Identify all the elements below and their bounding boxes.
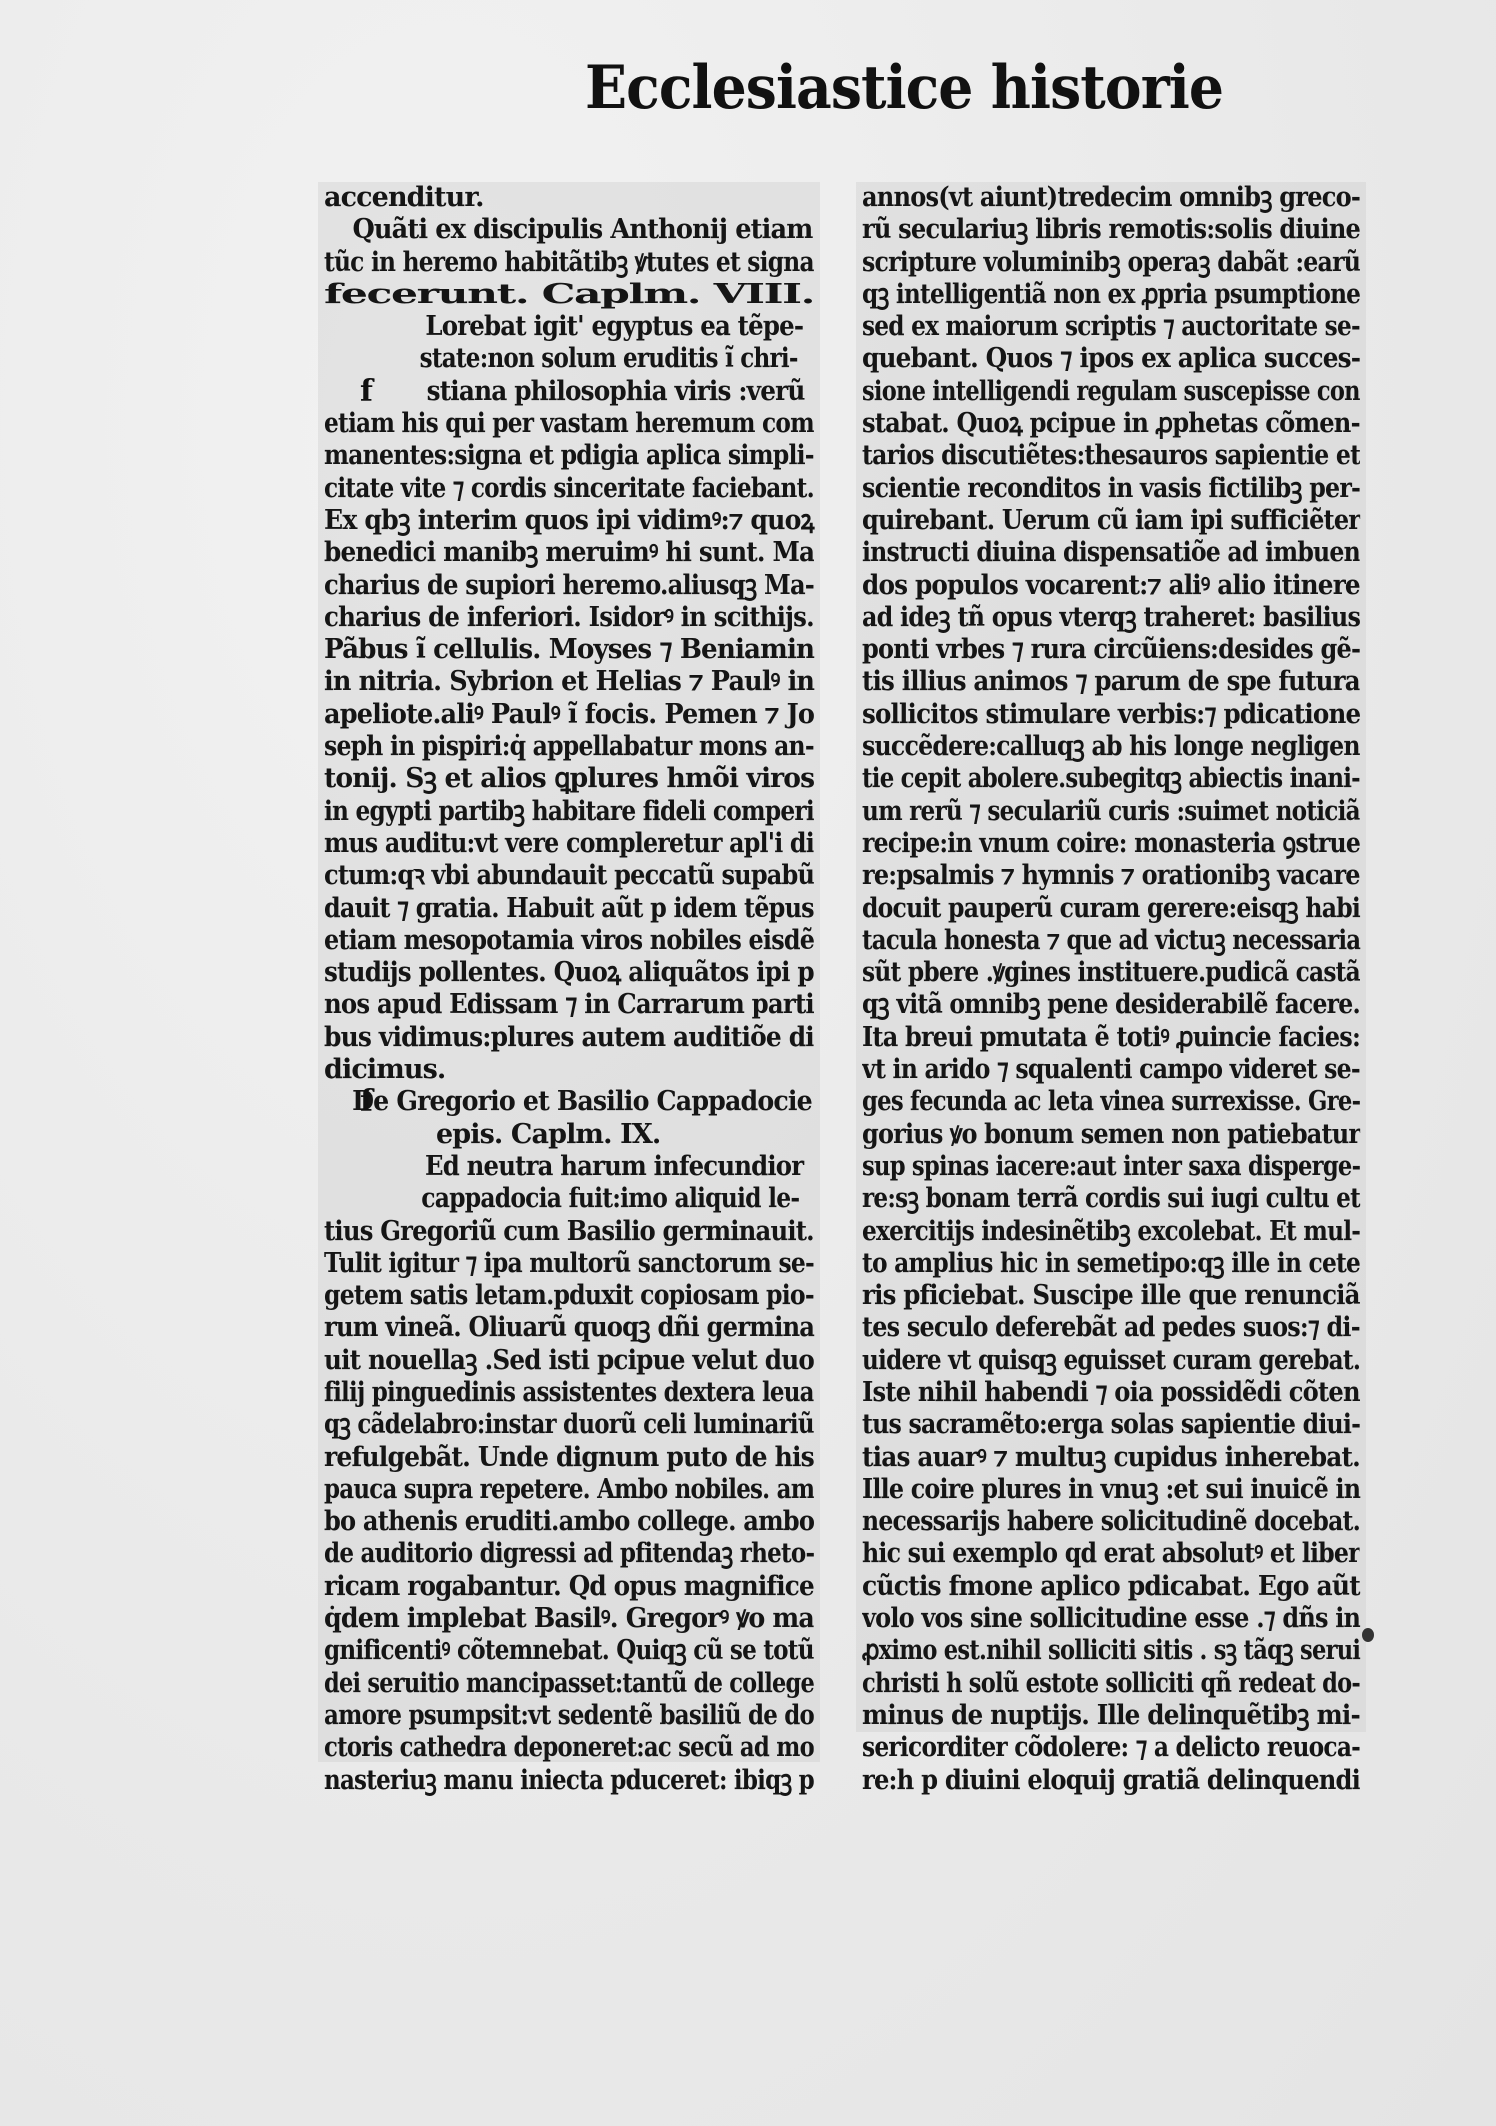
text-line: dei seruitio mancipasset:tantũ de colleg… xyxy=(324,1668,814,1700)
text-line: cũctis fmone aplico pdicabat. Ego aũt xyxy=(862,1571,1360,1603)
text-line: re:h p diuini eloquij gratiã delinquendi xyxy=(862,1765,1360,1797)
text-line: Ed neutra harum infecundior xyxy=(324,1151,904,1183)
text-line: Ex qbꝫ interim quos ipi vidimꝰ:⁊ quoꝝ xyxy=(324,505,814,537)
text-line: scripture voluminibꝫ operaꝫ dabãt :earũ xyxy=(862,247,1360,279)
text-line: qꝫ vitã omnibꝫ pene desiderabilẽ facere. xyxy=(862,989,1360,1021)
text-line: apeliote.aliꝰ Paulꝰ ĩ focis. Pemen ⁊ Jo xyxy=(324,699,814,731)
text-line: rũ seculariuꝫ libris remotis:solis diuin… xyxy=(862,214,1360,246)
text-line: stabat. Quoꝝ pcipue in ꝓphetas cõmen- xyxy=(862,408,1360,440)
text-line: sũt pbere .ꝟgines instituere.pudicã cast… xyxy=(862,957,1360,989)
text-line: ponti vrbes ⁊ rura circũiens:desides gẽ- xyxy=(862,634,1360,666)
text-line: nos apud Edissam ⁊ in Carrarum parti xyxy=(324,989,814,1021)
text-line: exercitijs indesinẽtibꝫ excolebat. Et mu… xyxy=(862,1216,1360,1248)
text-line: tias auarꝰ ⁊ multuꝫ cupidus inherebat. xyxy=(862,1442,1360,1474)
text-line: minus de nuptijs. Ille delinquẽtibꝫ mi- xyxy=(862,1700,1360,1732)
text-line: ctoris cathedra deponeret:ac secũ ad mo xyxy=(324,1732,814,1764)
text-line: tius Gregoriũ cum Basilio germinauit. xyxy=(324,1216,814,1248)
text-line: accenditur. xyxy=(324,182,814,214)
text-line: rum vineã. Oliuarũ quoqꝫ dñi germina xyxy=(324,1312,814,1344)
text-line: hic sui exemplo qd erat absolutꝰ et libe… xyxy=(862,1538,1360,1570)
text-line: mus auditu:vt vere compleretur apl'i di xyxy=(324,828,814,860)
text-line: De Gregorio et Basilio Cappadocie xyxy=(324,1086,840,1118)
text-line: filij pinguedinis assistentes dextera le… xyxy=(324,1377,814,1409)
text-line: studijs pollentes. Quoꝝ aliquãtos ipi p xyxy=(324,957,814,989)
text-line: ꝓximo est.nihil solliciti sitis . sꝫ tãq… xyxy=(862,1635,1360,1667)
text-line: annos(vt aiunt)tredecim omnibꝫ greco- xyxy=(862,182,1360,214)
text-line: charius de supiori heremo.aliusqꝫ Ma- xyxy=(324,570,814,602)
text-line: sericorditer cõdolere: ⁊ a delicto reuoc… xyxy=(862,1732,1360,1764)
text-line: re:psalmis ⁊ hymnis ⁊ orationibꝫ vacare xyxy=(862,860,1360,892)
text-line: Pãbus ĩ cellulis. Moyses ⁊ Beniamin xyxy=(324,634,814,666)
text-line: q̇dem implebat Basilꝰ. Gregorꝰ ꝟo ma xyxy=(324,1603,814,1635)
text-line: tarios discutiẽtes:thesauros sapientie e… xyxy=(862,440,1360,472)
text-line: instructi diuina dispensatiõe ad imbuen xyxy=(862,537,1360,569)
running-head: Ecclesiastice historie xyxy=(585,58,1223,118)
text-line: ges fecunda ac leta vinea surrexisse. Gr… xyxy=(862,1086,1360,1118)
ink-speck xyxy=(1362,1628,1374,1642)
text-line: epis. Caplm. IX. xyxy=(324,1119,814,1151)
text-line: charius de inferiori. Isidorꝰ in scithij… xyxy=(324,602,814,634)
text-line: tacula honesta ⁊ que ad victuꝫ necessari… xyxy=(862,925,1360,957)
text-line: dicimus. xyxy=(324,1054,814,1086)
text-line: gnificentiꝰ cõtemnebat. Quiqꝫ cũ se totũ xyxy=(324,1635,814,1667)
initial-guide-letter: f xyxy=(360,1084,373,1119)
text-line: nasteriuꝫ manu iniecta pduceret: ibiqꝫ p xyxy=(324,1765,814,1797)
text-line: Lorebat igit' egyptus ea tẽpe- xyxy=(324,311,905,343)
text-line: Iste nihil habendi ⁊ oia possidẽdi cõten xyxy=(862,1377,1360,1409)
text-line: uidere vt quisqꝫ eguisset curam gerebat. xyxy=(862,1345,1360,1377)
text-line: quirebant. Uerum cũ iam ipi sufficiẽter xyxy=(862,505,1360,537)
text-line: Tulit igitur ⁊ ipa multorũ sanctorum se- xyxy=(324,1248,814,1280)
text-line: Quãti ex discipulis Anthonij etiam xyxy=(324,214,841,246)
text-line: etiam his qui per vastam heremum com xyxy=(324,408,814,440)
text-line: succẽdere:calluqꝫ ab his longe negligen xyxy=(862,731,1360,763)
text-line: refulgebãt. Unde dignum puto de his xyxy=(324,1442,814,1474)
text-line: sup spinas iacere:aut inter saxa disperg… xyxy=(862,1151,1360,1183)
text-line: seph in pispiri:q̇ appellabatur mons an- xyxy=(324,731,814,763)
scanned-page: Ecclesiastice historie accenditur.Quãti … xyxy=(0,0,1496,2126)
text-line: ris pficiebat. Suscipe ille que renunciã xyxy=(862,1280,1360,1312)
text-line: quebant. Quos ⁊ ipos ex aplica succes- xyxy=(862,343,1360,375)
text-line: getem satis letam.pduxit copiosam pio- xyxy=(324,1280,814,1312)
text-line: in egypti partibꝫ habitare fideli comper… xyxy=(324,796,814,828)
text-line: docuit pauperũ curam gerere:eisqꝫ habi xyxy=(862,893,1360,925)
text-line: cappadocia fuit:imo aliquid le- xyxy=(324,1183,897,1215)
text-line: manentes:signa et pdigia aplica simpli- xyxy=(324,440,814,472)
right-column: annos(vt aiunt)tredecim omnibꝫ greco-rũ … xyxy=(856,182,1366,1732)
text-line: pauca supra repetere. Ambo nobiles. am xyxy=(324,1474,814,1506)
text-line: in nitria. Sybrion et Helias ⁊ Paulꝰ in xyxy=(324,666,814,698)
text-line: tũc in heremo habitãtibꝫ ꝟtutes et signa xyxy=(324,247,814,279)
text-line: gorius ꝟo bonum semen non patiebatur xyxy=(862,1119,1360,1151)
left-column: accenditur.Quãti ex discipulis Anthonij … xyxy=(318,182,820,1762)
text-line: stiana philosophia viris :verũ xyxy=(324,376,907,408)
text-line: ricam rogabantur. Qd opus magnifice xyxy=(324,1571,814,1603)
text-line: sed ex maiorum scriptis ⁊ auctoritate se… xyxy=(862,311,1360,343)
text-line: sione intelligendi regulam suscepisse co… xyxy=(862,376,1360,408)
text-line: uit nouellaꝫ .Sed isti pcipue velut duo xyxy=(324,1345,814,1377)
text-line: bo athenis eruditi.ambo college. ambo xyxy=(324,1506,814,1538)
text-line: tis illius animos ⁊ parum de spe futura xyxy=(862,666,1360,698)
text-line: dos populos vocarent:⁊ aliꝰ alio itinere xyxy=(862,570,1360,602)
text-line: re:sꝫ bonam terrã cordis sui iugi cultu … xyxy=(862,1183,1360,1215)
text-line: tus sacramẽto:erga solas sapientie diui- xyxy=(862,1409,1360,1441)
text-line: amore psumpsit:vt sedentẽ basiliũ de do xyxy=(324,1700,814,1732)
text-line: ad ideꝫ tñ opus vterqꝫ traheret: basiliu… xyxy=(862,602,1360,634)
text-line: Ille coire plures in vnuꝫ :et sui inuicẽ… xyxy=(862,1474,1360,1506)
text-line: um rerũ ⁊ seculariũ curis :suimet notici… xyxy=(862,796,1360,828)
initial-guide-letter: f xyxy=(360,374,373,409)
text-line: tonij. Sꝫ et alios ꝗplures hmõi viros xyxy=(324,763,814,795)
text-line: fecerunt. Caplm. VIII. xyxy=(324,279,814,311)
text-line: de auditorio digressi ad pfitendaꝫ rheto… xyxy=(324,1538,814,1570)
text-line: tes seculo deferebãt ad pedes suos:⁊ di- xyxy=(862,1312,1360,1344)
text-line: to amplius hic in semetipo:qꝫ ille in ce… xyxy=(862,1248,1360,1280)
text-line: christi h solũ estote solliciti qñ redea… xyxy=(862,1668,1360,1700)
text-line: sollicitos stimulare verbis:⁊ pdicatione xyxy=(862,699,1360,731)
text-line: dauit ⁊ gratia. Habuit aũt p idem tẽpus xyxy=(324,893,814,925)
text-line: etiam mesopotamia viros nobiles eisdẽ xyxy=(324,925,814,957)
text-line: Ita breui pmutata ẽ totiꝰ ꝓuincie facies… xyxy=(862,1022,1360,1054)
text-line: citate vite ⁊ cordis sinceritate facieba… xyxy=(324,473,814,505)
text-line: vt in arido ⁊ squalenti campo videret se… xyxy=(862,1054,1360,1086)
text-line: ctum:qꝛ vbi abundauit peccatũ supabũ xyxy=(324,860,814,892)
text-line: qꝫ intelligentiã non ex ꝓpria psumptione xyxy=(862,279,1360,311)
text-line: scientie reconditos in vasis fictilibꝫ p… xyxy=(862,473,1360,505)
text-line: qꝫ cãdelabro:instar duorũ celi luminariũ xyxy=(324,1409,814,1441)
text-line: necessarijs habere solicitudinẽ docebat. xyxy=(862,1506,1360,1538)
text-line: state:non solum eruditis ĩ chri- xyxy=(324,343,893,375)
text-line: bus vidimus:plures autem auditiõe di xyxy=(324,1022,814,1054)
text-line: tie cepit abolere.subegitqꝫ abiectis ina… xyxy=(862,763,1360,795)
text-line: recipe:in vnum coire: monasteria ꝯstrue xyxy=(862,828,1360,860)
text-line: volo vos sine sollicitudine esse .⁊ dñs … xyxy=(862,1603,1360,1635)
text-line: benedici manibꝫ meruimꝰ hi sunt. Ma xyxy=(324,537,814,569)
